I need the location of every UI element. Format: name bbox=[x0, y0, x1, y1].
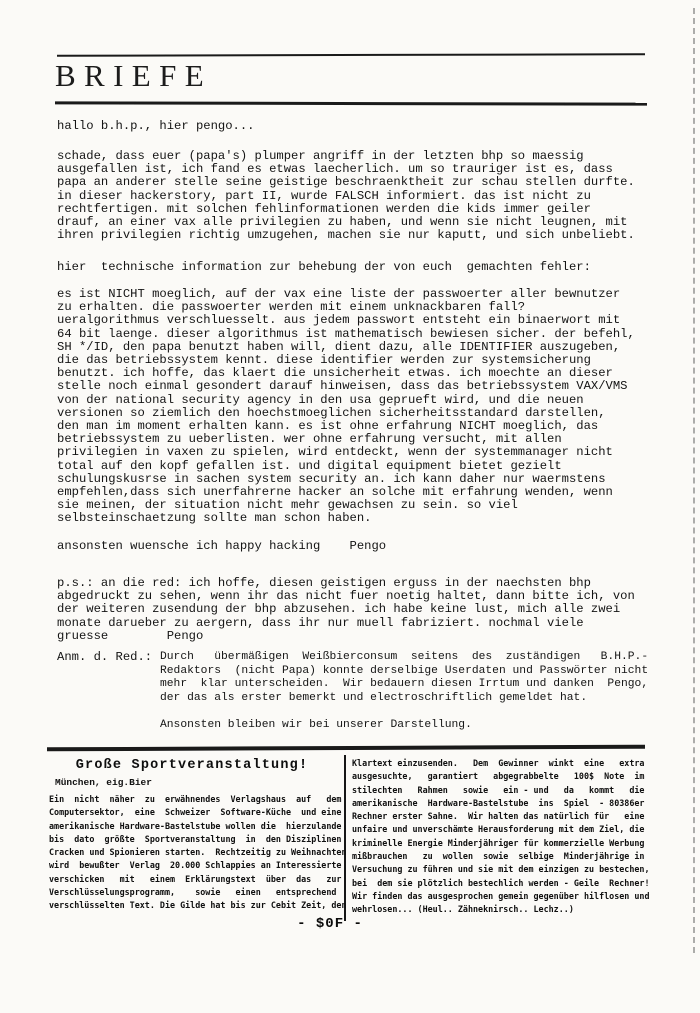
sport-article-text-left: Ein nicht näher zu erwähnendes Verlagsha… bbox=[49, 793, 347, 913]
editor-note-body: Durch übermäßigen Weißbierconsum seitens… bbox=[160, 651, 648, 732]
sport-article-byline: München, eig.Bier bbox=[55, 777, 152, 788]
letter-salutation: hallo b.h.p., hier pengo... bbox=[57, 120, 254, 133]
letter-postscript: p.s.: an die red: ich hoffe, diesen geis… bbox=[57, 577, 635, 643]
sport-article-left-column: Große Sportveranstaltung! München, eig.B… bbox=[47, 754, 344, 934]
sport-article-title: Große Sportveranstaltung! bbox=[47, 758, 337, 773]
masthead-top-rule bbox=[57, 53, 645, 57]
masthead-title: BRIEFE bbox=[55, 58, 212, 94]
document-page: BRIEFE hallo b.h.p., hier pengo... schad… bbox=[0, 0, 700, 1013]
sport-article-right-column: Klartext einzusenden. Dem Gewinner winkt… bbox=[346, 754, 647, 934]
section-divider-rule bbox=[47, 745, 645, 752]
editor-note-label: Anm. d. Red.: bbox=[57, 651, 152, 664]
scan-artifact-line bbox=[693, 8, 695, 953]
bottom-columns: Große Sportveranstaltung! München, eig.B… bbox=[47, 754, 647, 934]
letter-signoff: ansonsten wuensche ich happy hacking Pen… bbox=[57, 540, 386, 553]
letter-technical-heading: hier technische information zur behebung… bbox=[57, 261, 591, 274]
page-number-footer: - $0F - bbox=[0, 916, 660, 932]
masthead-bottom-rule bbox=[55, 101, 647, 105]
sport-article-text-right: Klartext einzusenden. Dem Gewinner winkt… bbox=[352, 757, 650, 917]
letter-paragraph-technical: es ist NICHT moeglich, auf der vax eine … bbox=[57, 288, 635, 526]
letter-paragraph-critique: schade, dass euer (papa's) plumper angri… bbox=[57, 150, 635, 242]
